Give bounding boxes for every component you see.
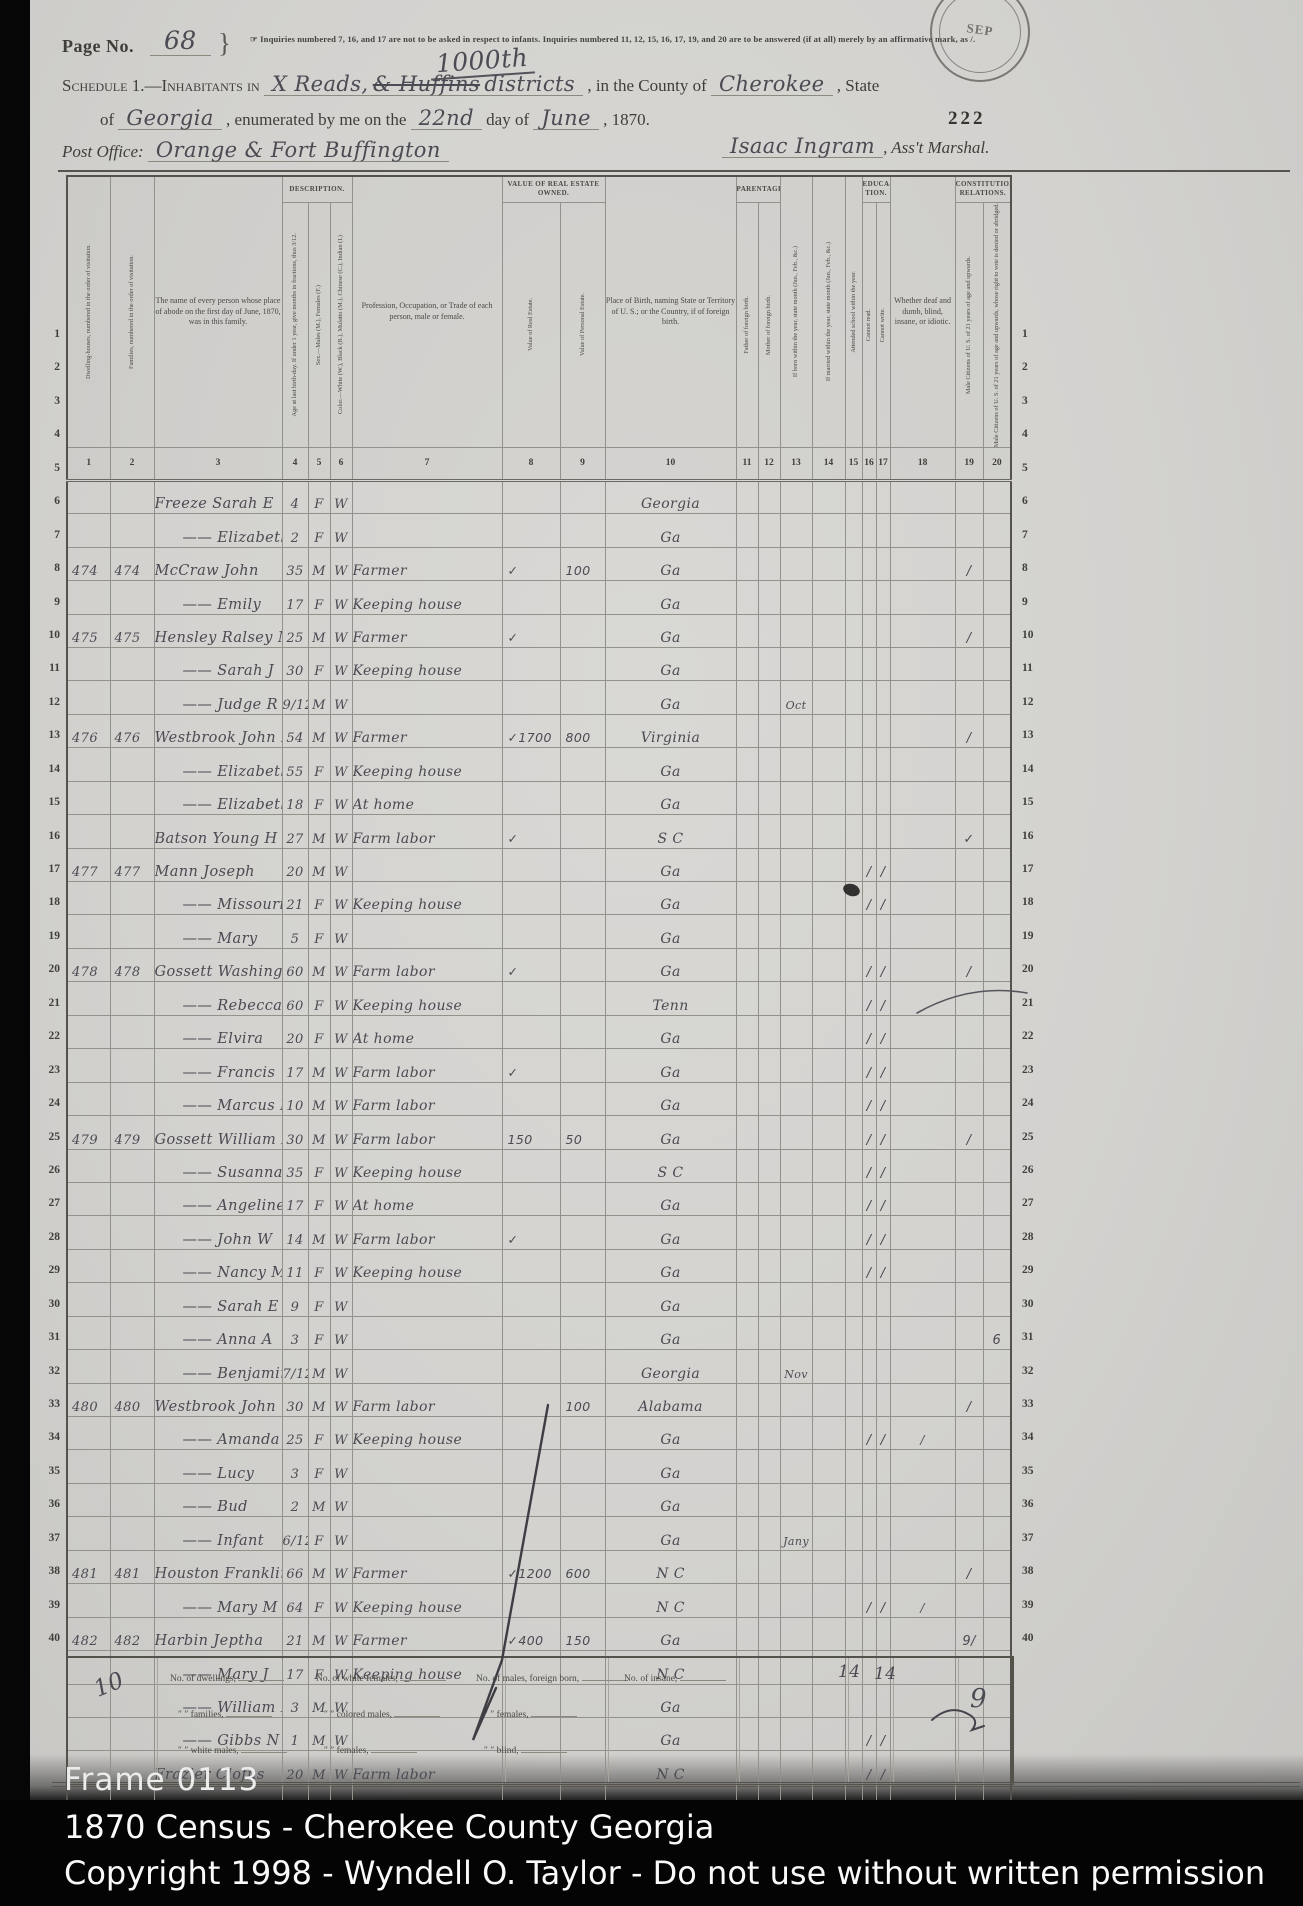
cell-color: W [330,1417,352,1450]
col-number: 13 [780,447,812,480]
cell-sex: M [308,948,330,981]
cell-c17 [876,815,890,848]
cell-pe: 150 [560,1617,605,1650]
cell-occ: Keeping house [352,748,502,781]
cell-sex: M [308,848,330,881]
cell-dw [67,781,110,814]
cell-c16: / [862,1116,876,1149]
left-line-numbers: 1234567891011121314151617181920212223242… [34,318,60,1656]
census-row: Batson Young H27MWFarm labor✓S C✓ [67,815,1011,848]
col-number: 10 [605,447,736,480]
cell-fam: 481 [110,1550,154,1583]
cell-pe [560,915,605,948]
cell-dw [67,1584,110,1617]
county-value: Cherokee [711,74,832,96]
cell-c20 [983,1082,1011,1115]
cell-age: 6/12 [282,1517,308,1550]
cell-fam [110,1082,154,1115]
cell-c19 [955,982,983,1015]
cell-c17: / [876,1116,890,1149]
cell-sex: F [308,480,330,513]
cell-sex: F [308,514,330,547]
cell-age: 10 [282,1082,308,1115]
cell-c19: / [955,1116,983,1149]
cell-occ [352,1483,502,1516]
cell-dw [67,982,110,1015]
cell-dw: 481 [67,1550,110,1583]
cell-c15 [845,647,862,680]
cell-c12 [758,1316,780,1349]
cell-c14 [812,1182,845,1215]
cell-fam [110,815,154,848]
cell-fam [110,1049,154,1082]
cell-c15 [845,1350,862,1383]
cell-c19 [955,514,983,547]
cell-c18 [890,1550,955,1583]
line-number: 18 [1022,886,1048,919]
cell-occ: Farmer [352,1617,502,1650]
census-row: —— Marcus L10MWFarm laborGa// [67,1082,1011,1115]
cell-age: 20 [282,1015,308,1048]
year-label: , 1870. [603,110,650,129]
cell-c20 [983,547,1011,580]
cell-name: Harbin Jeptha [154,1617,282,1650]
cell-c14 [812,647,845,680]
cell-c13: Oct [780,681,812,714]
cell-pe [560,480,605,513]
cell-c20 [983,1283,1011,1316]
cell-c16 [862,1483,876,1516]
cell-sex: F [308,1584,330,1617]
cell-c14 [812,1450,845,1483]
cell-fam [110,1450,154,1483]
cell-dw: 482 [67,1617,110,1650]
cell-color: W [330,1216,352,1249]
col-number: 19 [955,447,983,480]
summary-line: No. of males, foreign born, [476,1672,628,1684]
census-row: —— Judge R9/12MWGaOct [67,681,1011,714]
right-line-numbers: 1234567891011121314151617181920212223242… [1022,318,1048,1656]
cell-c18 [890,982,955,1015]
cell-sex: F [308,1249,330,1282]
cell-c15 [845,1283,862,1316]
cell-fam: 477 [110,848,154,881]
cell-c19 [955,1316,983,1349]
cell-c13 [780,480,812,513]
col-header-birthplace: Place of Birth, naming State or Territor… [605,176,736,447]
line-number: 6 [34,485,60,518]
census-row: —— Mary5FWGa [67,915,1011,948]
cell-occ: Farm labor [352,1082,502,1115]
cell-occ: At home [352,1015,502,1048]
cell-color: W [330,848,352,881]
cell-c14 [812,681,845,714]
cell-c19 [955,1450,983,1483]
line-number: 37 [34,1522,60,1555]
cell-bp: Ga [605,1015,736,1048]
line-number: 33 [1022,1388,1048,1421]
cell-c14 [812,1617,845,1650]
cell-age: 17 [282,1049,308,1082]
line-number: 39 [34,1589,60,1622]
cell-c18 [890,915,955,948]
summary-line: ″ ″ colored males, [324,1708,440,1720]
cell-c13 [780,514,812,547]
cell-name: Freeze Sarah E [154,480,282,513]
cell-occ [352,1283,502,1316]
cell-dw [67,1182,110,1215]
cell-c14 [812,781,845,814]
cell-c17: / [876,1049,890,1082]
cell-occ [352,681,502,714]
cell-c20 [983,815,1011,848]
line-number: 24 [34,1087,60,1120]
cell-c13 [780,1082,812,1115]
census-row: 480480Westbrook John W30MWFarm labor100A… [67,1383,1011,1416]
cell-age: 9/12 [282,681,308,714]
cell-c15 [845,1182,862,1215]
cell-c18 [890,1450,955,1483]
cell-pe [560,1182,605,1215]
cell-color: W [330,1316,352,1349]
line-number: 25 [34,1121,60,1154]
cell-c18 [890,948,955,981]
cell-c16: / [862,1417,876,1450]
day-of-label: day of [486,110,529,129]
cell-c13 [780,915,812,948]
cell-c12 [758,882,780,915]
line-number: 19 [34,920,60,953]
cell-c17 [876,1617,890,1650]
cell-c12 [758,1116,780,1149]
schedule-line-2: of Georgia , enumerated by me on the 22n… [100,108,650,130]
col-number: 11 [736,447,758,480]
cell-c14 [812,1350,845,1383]
page-no-value: 68 [150,26,211,56]
cell-occ [352,915,502,948]
cell-c12 [758,547,780,580]
col-number: 2 [110,447,154,480]
cell-name: —— Elvira [154,1015,282,1048]
cell-c16 [862,815,876,848]
cell-pe [560,1350,605,1383]
cell-c20 [983,681,1011,714]
cell-c15 [845,915,862,948]
cell-re: ✓ [502,1049,560,1082]
cell-c18 [890,1015,955,1048]
cell-bp: Ga [605,948,736,981]
cell-name: —— Amanda [154,1417,282,1450]
line-number: 27 [1022,1187,1048,1220]
line-number: 1 [34,318,60,351]
cell-dw [67,1283,110,1316]
cell-pe [560,681,605,714]
cell-name: —— Francis [154,1049,282,1082]
cell-occ: At home [352,781,502,814]
cell-sex: F [308,647,330,680]
cannot-write-total: 14 [874,1664,896,1684]
cell-c13 [780,781,812,814]
cell-c15 [845,1249,862,1282]
cell-name: —— Mary M [154,1584,282,1617]
cell-color: W [330,882,352,915]
struck-text: & Huffins [373,72,480,96]
cell-c14 [812,1483,845,1516]
cell-fam [110,882,154,915]
cell-re [502,1450,560,1483]
cell-c18 [890,848,955,881]
cell-re [502,1417,560,1450]
cell-age: 30 [282,1383,308,1416]
cell-age: 3 [282,1316,308,1349]
line-number: 2 [34,351,60,384]
cell-c16: / [862,948,876,981]
line-number: 20 [1022,953,1048,986]
line-number: 20 [34,953,60,986]
cell-bp: S C [605,1149,736,1182]
cell-name: —— Nancy M [154,1249,282,1282]
cell-c18 [890,614,955,647]
cell-dw [67,915,110,948]
cell-c17: / [876,1182,890,1215]
cell-c13 [780,1283,812,1316]
cell-c11 [736,581,758,614]
summary-line: ″ ″ white males, [178,1744,287,1756]
cell-age: 21 [282,1617,308,1650]
line-number: 1 [1022,318,1048,351]
cell-sex: M [308,1049,330,1082]
cell-c13 [780,1584,812,1617]
cell-dw: 480 [67,1383,110,1416]
cell-pe [560,815,605,848]
cell-c19 [955,1249,983,1282]
cell-bp: Alabama [605,1383,736,1416]
cell-re [502,781,560,814]
cell-c17 [876,681,890,714]
cell-name: —— Mary [154,915,282,948]
cell-c19 [955,1015,983,1048]
cell-color: W [330,1283,352,1316]
cell-c14 [812,1417,845,1450]
col-header-personal-estate: Value of Personal Estate. [560,202,605,447]
cell-occ: Farmer [352,1550,502,1583]
cell-re [502,1249,560,1282]
cell-occ: Keeping house [352,1417,502,1450]
cell-occ: Keeping house [352,882,502,915]
col-number: 8 [502,447,560,480]
col-number: 5 [308,447,330,480]
cell-c11 [736,614,758,647]
cell-c19: / [955,1383,983,1416]
cell-c19 [955,1584,983,1617]
summary-line: ″ ″ blind, [484,1744,567,1756]
cell-c11 [736,748,758,781]
cell-c17: / [876,882,890,915]
cell-c14 [812,1550,845,1583]
line-number: 28 [1022,1221,1048,1254]
line-number: 32 [34,1355,60,1388]
cell-c12 [758,848,780,881]
cell-c16 [862,514,876,547]
cell-re [502,1584,560,1617]
group-value: Value of Real Estate Owned. [502,176,605,202]
cell-color: W [330,781,352,814]
cell-c17 [876,1350,890,1383]
col-header-vote-denied: Male Citizens of U. S. of 21 years of ag… [983,202,1011,447]
line-number: 29 [1022,1254,1048,1287]
cell-c14 [812,480,845,513]
cell-c14 [812,1149,845,1182]
cell-name: —— Missouri [154,882,282,915]
cell-fam [110,647,154,680]
cell-occ: Farm labor [352,1049,502,1082]
cell-c12 [758,1082,780,1115]
cell-re [502,1316,560,1349]
cell-c12 [758,915,780,948]
cell-name: —— John W [154,1216,282,1249]
cell-c19 [955,1283,983,1316]
cell-c18 [890,1617,955,1650]
cell-occ [352,1517,502,1550]
cell-dw: 479 [67,1116,110,1149]
line-number: 11 [34,652,60,685]
cell-age: 17 [282,1182,308,1215]
cell-name: —— Lucy [154,1450,282,1483]
cell-dw: 474 [67,547,110,580]
cell-bp: Ga [605,581,736,614]
cell-c15 [845,480,862,513]
cell-re [502,748,560,781]
cell-color: W [330,1182,352,1215]
cell-c15 [845,1550,862,1583]
cell-age: 30 [282,1116,308,1149]
cell-dw [67,1450,110,1483]
cell-c16 [862,581,876,614]
col-header-occupation: Profession, Occupation, or Trade of each… [352,176,502,447]
col-header-married-month: If married within the year, state month … [812,176,845,447]
cell-sex: M [308,681,330,714]
cell-c14 [812,514,845,547]
col-number: 7 [352,447,502,480]
cell-c20 [983,748,1011,781]
cell-re: ✓ [502,815,560,848]
cell-sex: F [308,1417,330,1450]
cell-fam [110,1584,154,1617]
cell-age: 21 [282,882,308,915]
cell-c12 [758,647,780,680]
col-header-cannot-write: Cannot write. [876,202,890,447]
cell-color: W [330,948,352,981]
cell-c17 [876,647,890,680]
cell-c13 [780,1617,812,1650]
line-number: 22 [1022,1020,1048,1053]
district-fill: X Reads, & Huffins districts [264,74,583,96]
cell-c18: / [890,1584,955,1617]
cell-c18 [890,781,955,814]
cell-c13 [780,1450,812,1483]
cell-c14 [812,1283,845,1316]
cell-sex: M [308,815,330,848]
cell-c17 [876,1316,890,1349]
col-number: 17 [876,447,890,480]
cell-sex: F [308,1015,330,1048]
frame-label: Frame 0113 [64,1762,259,1798]
cell-c16 [862,714,876,747]
line-number: 16 [34,820,60,853]
census-row: —— Nancy M11FWKeeping houseGa// [67,1249,1011,1282]
line-number: 12 [1022,686,1048,719]
cell-c12 [758,1450,780,1483]
col-header-family: Families, numbered in the order of visit… [110,176,154,447]
cell-c19: / [955,1550,983,1583]
cell-c12 [758,1249,780,1282]
cell-c16 [862,1617,876,1650]
cell-fam: 480 [110,1383,154,1416]
cell-c20 [983,1383,1011,1416]
cell-color: W [330,1483,352,1516]
census-row: 482482Harbin Jeptha21MWFarmer✓400150Ga9/ [67,1617,1011,1650]
cell-c11 [736,1149,758,1182]
cell-name: Mann Joseph [154,848,282,881]
cell-re: 150 [502,1116,560,1149]
cell-c18 [890,1249,955,1282]
col-number: 15 [845,447,862,480]
cell-age: 20 [282,848,308,881]
col-number: 20 [983,447,1011,480]
cell-color: W [330,1517,352,1550]
cell-c17: / [876,848,890,881]
cell-bp: Ga [605,1283,736,1316]
cell-c16 [862,480,876,513]
line-number: 15 [34,786,60,819]
summary-line: No. of white females, [316,1672,446,1684]
cell-c15 [845,815,862,848]
cell-fam [110,1517,154,1550]
cell-c12 [758,514,780,547]
column-numbers-row: 1 2 3 4 5 6 7 8 9 10 11 12 13 14 15 16 1… [67,447,1011,480]
line-number: 32 [1022,1355,1048,1388]
cell-c11 [736,1450,758,1483]
cell-bp: Ga [605,848,736,881]
cell-name: Gossett William B [154,1116,282,1149]
group-description: Description. [282,176,352,202]
cell-c19 [955,1483,983,1516]
cell-c16 [862,1383,876,1416]
line-number: 8 [34,552,60,585]
cell-color: W [330,915,352,948]
cell-pe [560,581,605,614]
cell-occ: Keeping house [352,982,502,1015]
line-number: 36 [34,1488,60,1521]
cell-c15 [845,848,862,881]
cell-fam [110,1182,154,1215]
form-header: Page No. 68 } ☞ Inquiries numbered 7, 16… [0,0,1303,172]
line-number: 14 [34,753,60,786]
cell-c11 [736,882,758,915]
cell-fam [110,1417,154,1450]
cell-c14 [812,1049,845,1082]
cell-c13 [780,982,812,1015]
cell-sex: M [308,1383,330,1416]
cell-c20 [983,581,1011,614]
census-row: 476476Westbrook John R54MWFarmer✓1700800… [67,714,1011,747]
cell-dw [67,647,110,680]
cell-c15 [845,1617,862,1650]
county-label: , in the County of [587,76,706,95]
cell-dw [67,514,110,547]
cell-c15 [845,748,862,781]
cell-occ: Keeping house [352,647,502,680]
